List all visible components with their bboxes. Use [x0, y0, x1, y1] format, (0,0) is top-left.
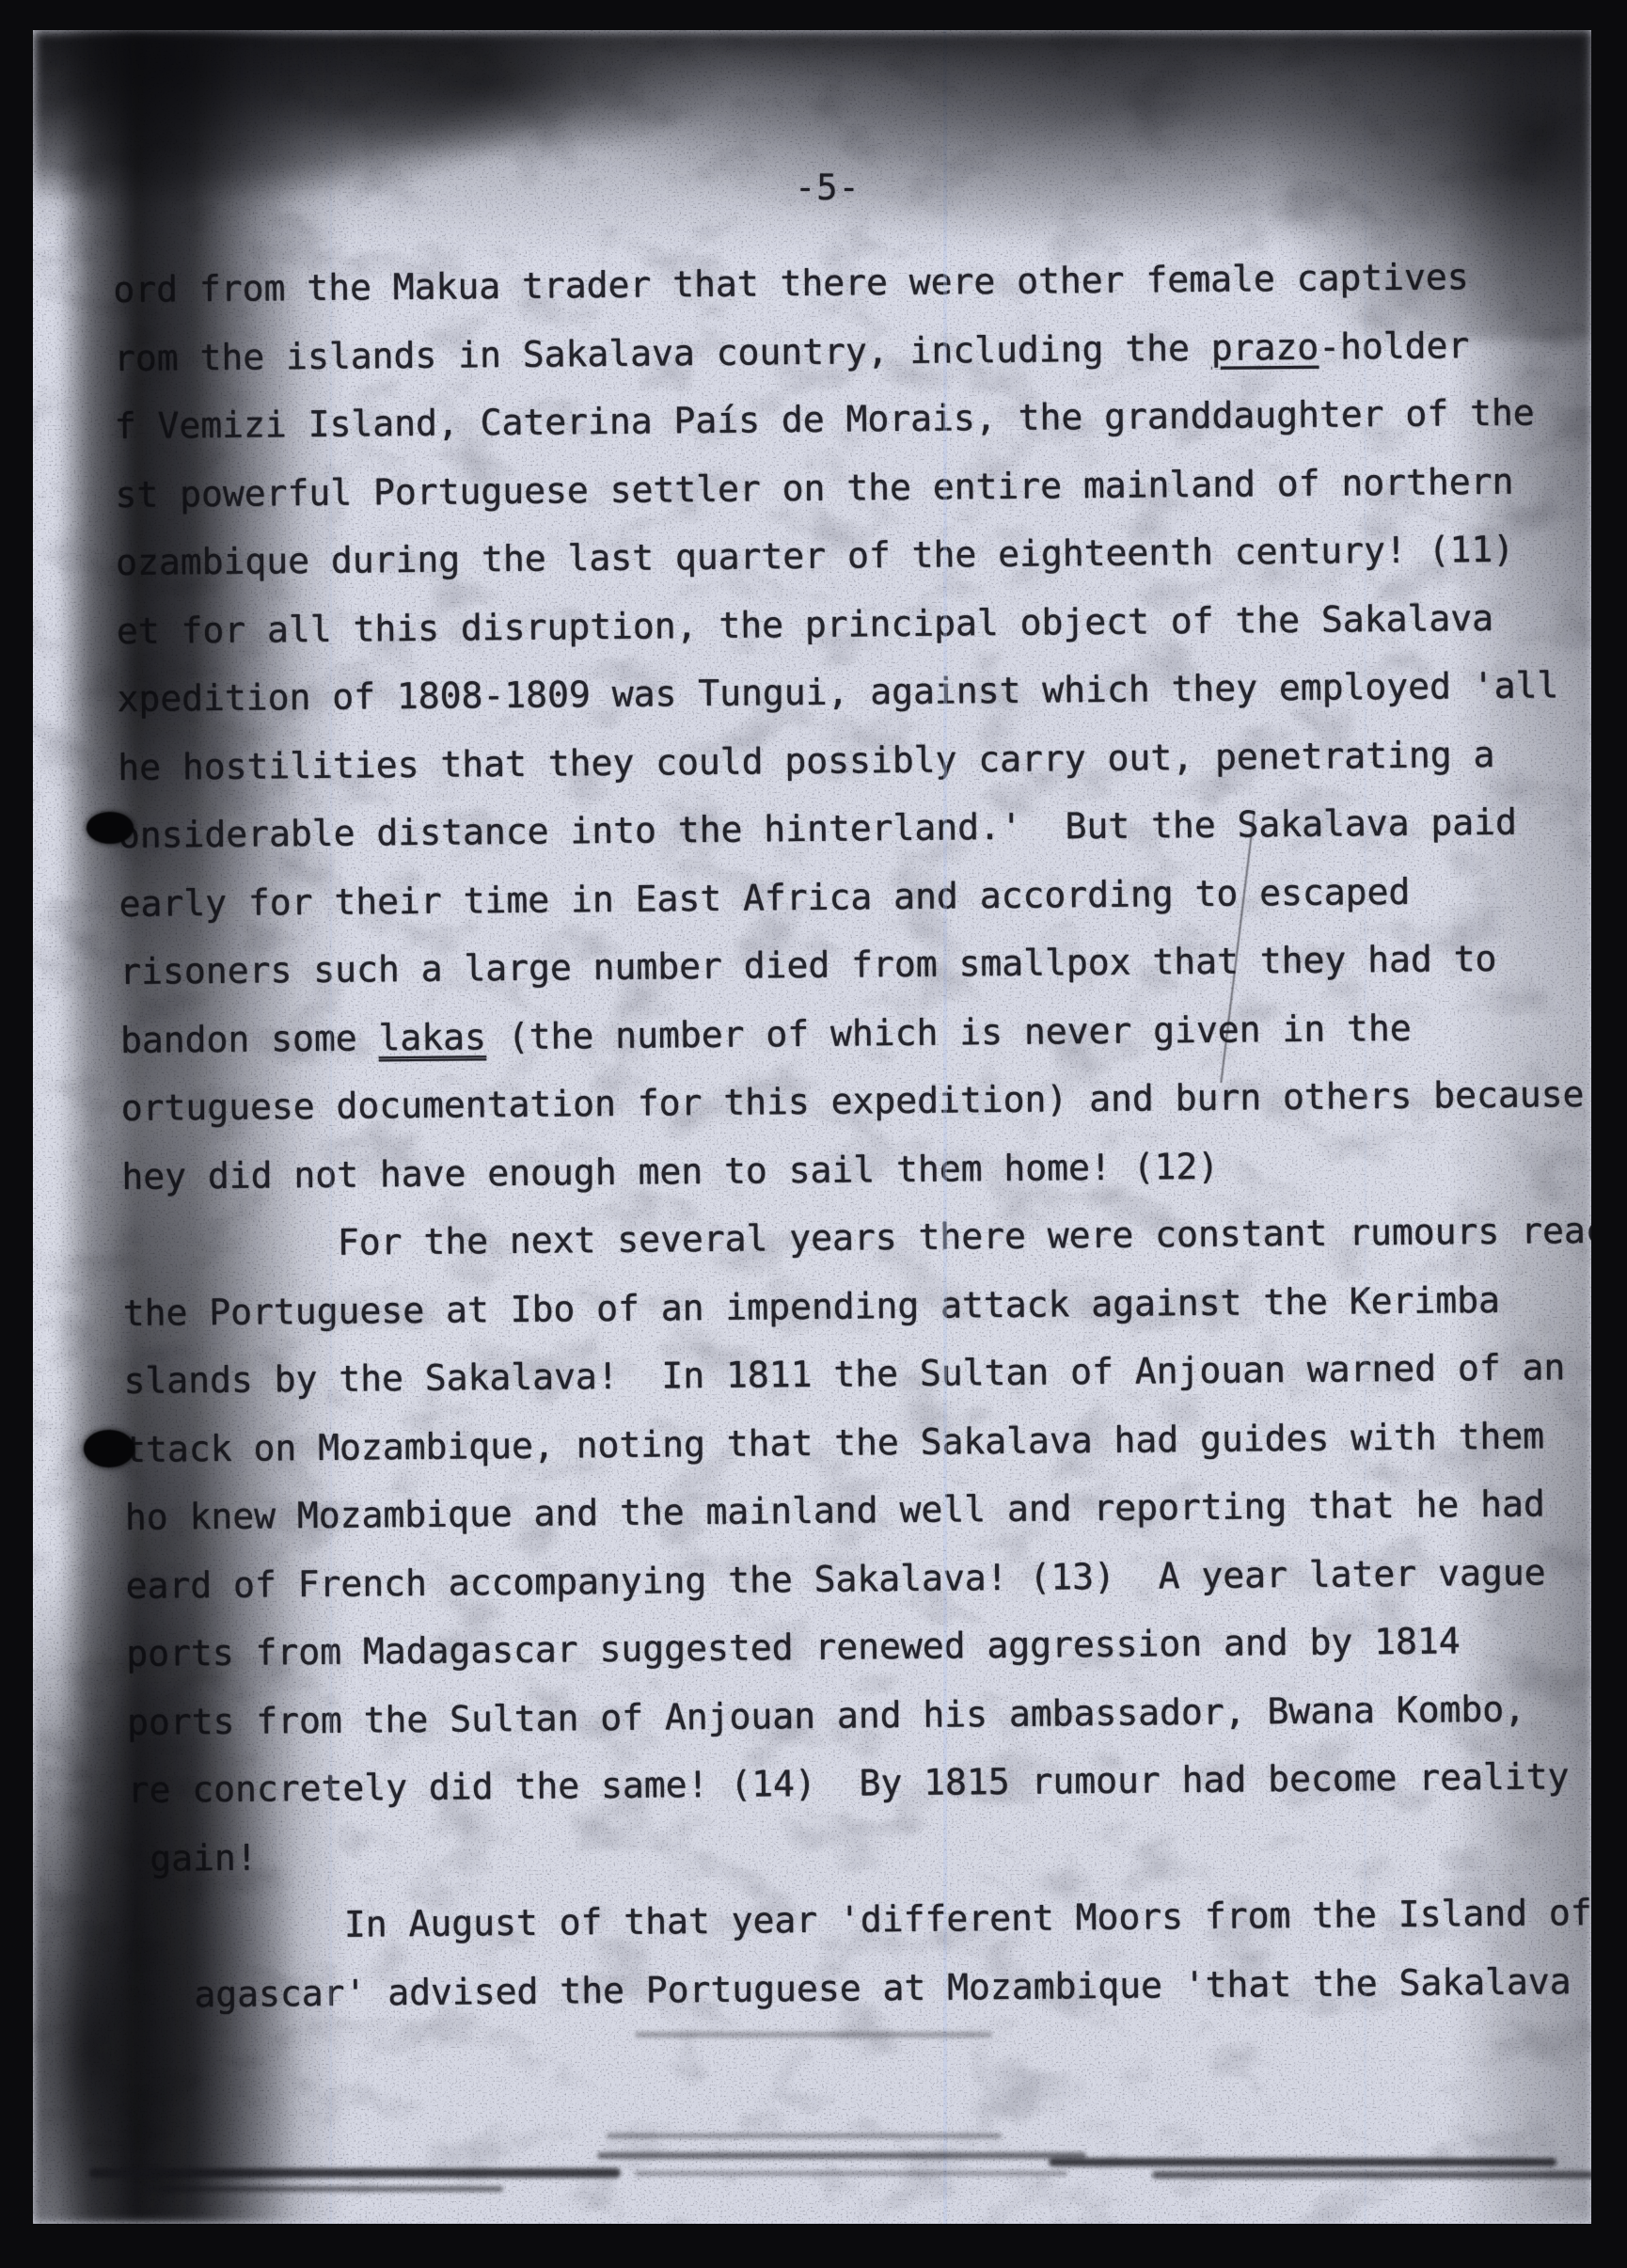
text-segment: ports from Madagascar suggested renewed …	[126, 1620, 1461, 1674]
text-segment: xpedition of 1808-1809 was Tungui, again…	[117, 664, 1558, 720]
text-segment: onsiderable distance into the hinterland…	[118, 801, 1517, 856]
document-page: -5- ord from the Makua trader that there…	[33, 30, 1591, 2224]
text-line: re concretely did the same! (14) By 1815…	[127, 1742, 1591, 1825]
toner-streak	[89, 2168, 621, 2178]
text-segment: ord from the Makua trader that there wer…	[113, 256, 1469, 310]
text-segment: he hostilities that they could possibly …	[118, 733, 1495, 787]
text-line: ortuguese documentation for this expedit…	[120, 1060, 1591, 1143]
scanner-line	[1364, 30, 1366, 2224]
toner-streak	[1152, 2171, 1591, 2179]
toner-streak	[635, 2032, 992, 2038]
scanner-line	[329, 30, 332, 2224]
text-segment: In August of that year 'different Moors …	[344, 1892, 1591, 1945]
toner-streak	[597, 2152, 1086, 2159]
text-segment: risoners such a large number died from s…	[119, 938, 1497, 992]
text-segment: bandon some	[120, 1017, 379, 1061]
hole-punch-bottom	[84, 1430, 134, 1467]
underlined-term: prazo	[1211, 325, 1319, 368]
text-segment: ho knew Mozambique and the mainland well…	[125, 1483, 1545, 1537]
text-segment: f Vemizi Island, Caterina País de Morais…	[115, 391, 1535, 446]
toner-streak	[146, 2186, 503, 2192]
text-segment: ozambique during the last quarter of the…	[116, 529, 1514, 583]
text-segment: re concretely did the same! (14) By 1815…	[127, 1755, 1569, 1811]
toner-streak	[635, 2171, 1067, 2176]
text-segment: slands by the Sakalava! In 1811 the Sult…	[123, 1346, 1565, 1402]
page-number: -5-	[795, 167, 861, 208]
toner-streak	[1049, 2158, 1556, 2166]
text-segment: -holder	[1319, 325, 1470, 368]
text-segment: gain!	[150, 1836, 258, 1879]
underlined-term: lakas	[378, 1016, 486, 1058]
text-segment: (the number of which is never given in t…	[486, 1007, 1412, 1056]
text-segment: hey did not have enough men to sail them…	[121, 1145, 1219, 1197]
typewritten-text: ord from the Makua trader that there wer…	[113, 242, 1591, 2029]
text-segment: early for their time in East Africa and …	[118, 870, 1410, 924]
text-segment: For the next several years there were co…	[338, 1209, 1591, 1263]
toner-streak	[607, 2133, 1002, 2138]
text-segment: rom the islands in Sakalava country, inc…	[114, 326, 1211, 378]
text-segment: et for all this disruption, the principa…	[117, 596, 1494, 651]
hole-punch-top	[87, 812, 134, 844]
text-segment: ttack on Mozambique, noting that the Sak…	[124, 1415, 1544, 1469]
text-line: agascar' advised the Portuguese at Mozam…	[129, 1946, 1591, 2029]
text-segment: st powerful Portuguese settler on the en…	[115, 460, 1513, 515]
scanner-line	[943, 30, 947, 2224]
text-segment: eard of French accompanying the Sakalava…	[125, 1551, 1545, 1606]
text-segment: ports from the Sultan of Anjouan and his…	[127, 1688, 1525, 1742]
